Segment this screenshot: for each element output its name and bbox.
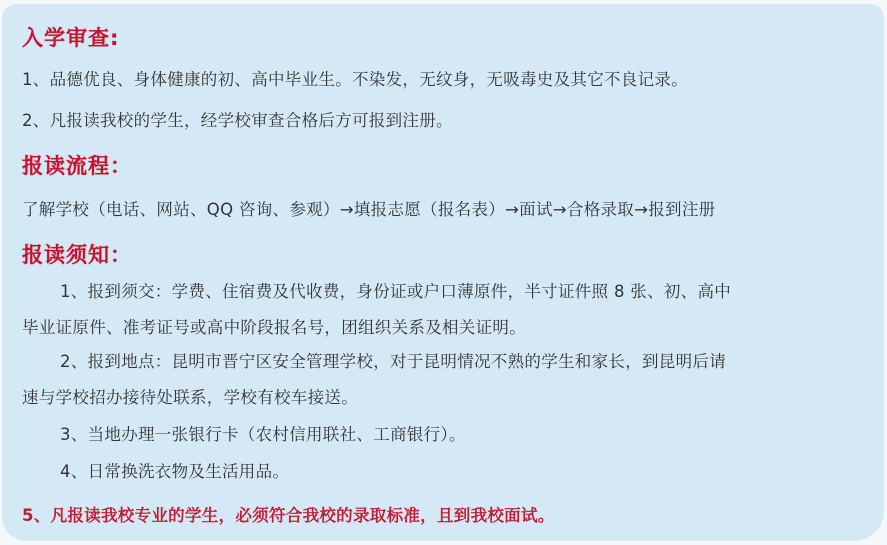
heading-admission-review: 入学审查: (22, 22, 119, 52)
heading-enrollment-notice: 报读须知： (22, 239, 132, 269)
notice-item-5-highlight: 5、凡报读我校专业的学生，必须符合我校的录取标准，且到我校面试。 (22, 502, 555, 526)
notice-item-1-line-1: 1、报到须交：学费、住宿费及代收费，身份证或户口薄原件，半寸证件照 8 张、初、… (60, 278, 731, 302)
notice-item-4: 4、日常换洗衣物及生活用品。 (60, 458, 289, 482)
admission-item-2: 2、凡报读我校的学生，经学校审查合格后方可报到注册。 (22, 107, 453, 131)
notice-item-3: 3、当地办理一张银行卡（农村信用联社、工商银行）。 (60, 421, 466, 445)
heading-enrollment-process: 报读流程： (22, 150, 132, 180)
admission-item-1: 1、品德优良、身体健康的初、高中毕业生。不染发，无纹身，无吸毒史及其它不良记录。 (22, 66, 688, 90)
notice-item-2-line-2: 速与学校招办接待处联系，学校有校车接送。 (22, 384, 358, 408)
enrollment-flow: 了解学校（电话、网站、QQ 咨询、参观）→填报志愿（报名表）→面试→合格录取→报… (22, 196, 715, 220)
notice-item-2-line-1: 2、报到地点：昆明市晋宁区安全管理学校，对于昆明情况不熟的学生和家长，到昆明后请 (60, 348, 726, 372)
notice-item-1-line-2: 毕业证原件、准考证号或高中阶段报名号，团组织关系及相关证明。 (22, 314, 526, 338)
